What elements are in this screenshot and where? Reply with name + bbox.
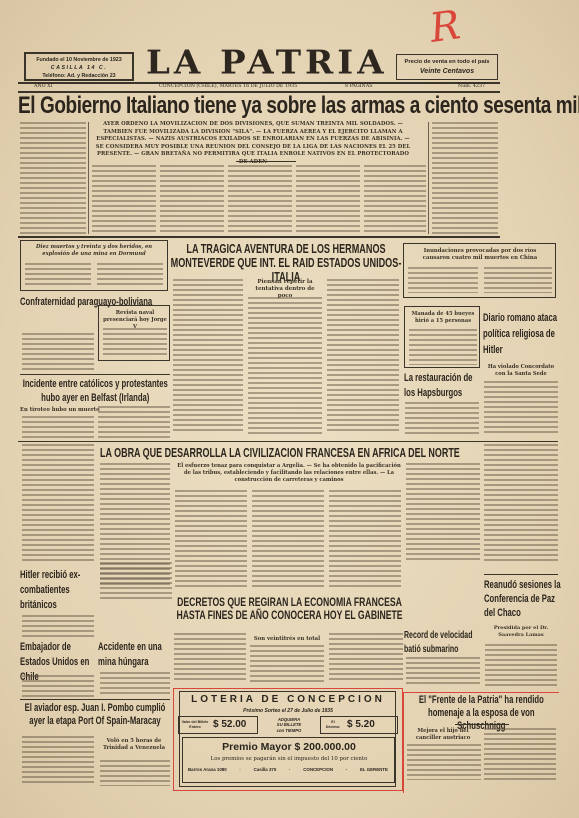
hapsburgos-headline: La restauración de los Hapsburgos	[404, 371, 482, 401]
chaco-headline-text: Reanudó sesiones la Conferencia de Paz d…	[484, 579, 561, 619]
casilla-line: CASILLA 14 C.	[26, 64, 132, 72]
hitler-headline: Hitler recibió ex-combatientes británico…	[20, 568, 97, 613]
lead-deck: AYER ORDENO LA MOVILIZACION DE DOS DIVIS…	[93, 121, 413, 166]
argelia-text	[100, 562, 172, 600]
jorge-text	[103, 328, 167, 358]
africa-headline: LA OBRA QUE DESARROLLA LA CIVILIZACION F…	[100, 446, 460, 459]
column-rule	[428, 122, 429, 234]
masthead-title: LA PATRIA	[146, 44, 388, 82]
column-rule	[88, 122, 89, 234]
tax-note: Los premios se pagarán sin el impuesto d…	[184, 756, 394, 762]
buy-reminder: ADQUIERA SU BILLETE con TIEMPO	[262, 717, 316, 733]
decretos-col2	[250, 645, 324, 683]
submarino-headline-text: Record de velocidad batió submarino	[404, 630, 472, 655]
section-rule	[18, 441, 558, 442]
price-box: Precio de venta en todo el país Veinte C…	[396, 54, 498, 80]
section-rule	[18, 236, 500, 238]
africa-col3	[329, 490, 401, 588]
belfast-headline-text: Incidente entre católicos y protestantes…	[23, 378, 168, 404]
sao-paulo-headline: Manada de 45 bueyes hirió a 15 personas	[408, 311, 478, 325]
lottery-ad: LOTERIA DE CONCEPCION Próximo Sorteo el …	[173, 688, 403, 791]
decretos-col1	[174, 633, 246, 683]
ticket-price-box: Valor del Billete Entero $ 52.00	[178, 716, 258, 734]
belfast-col2	[98, 406, 170, 438]
frente-subhead: Mejora el hijo del canciller austriaco	[405, 728, 481, 742]
belfast-subhead: En tiroteo hubo un muerto	[20, 407, 100, 413]
chaco-text	[485, 644, 557, 686]
decretos-col3	[329, 633, 403, 683]
lottery-footer: Barros Arana 1080 · Casilla 370 · CONCEP…	[188, 767, 388, 772]
tenth-price-box: El Décimo: $ 5.20	[320, 716, 398, 734]
frente-text-right	[484, 728, 556, 780]
decretos-headline: DECRETOS QUE REGIRAN LA ECONOMIA FRANCES…	[172, 596, 406, 622]
africa-col4	[406, 463, 480, 563]
jorge-box: Revista naval presenciará hoy Jorge V	[98, 305, 170, 361]
embajador-text	[22, 675, 94, 699]
lead-column-right	[432, 122, 498, 234]
frente-text-left	[407, 744, 481, 780]
tenth-label-line2: Décimo:	[322, 725, 344, 730]
frente-rule	[455, 724, 509, 725]
monteverde-col2	[248, 297, 322, 434]
chaco-headline: Reanudó sesiones la Conferencia de Paz d…	[484, 578, 561, 620]
founded-line: Fundado el 10 Noviembre de 1923	[26, 56, 132, 64]
monteverde-headline: LA TRAGICA AVENTURA DE LOS HERMANOS MONT…	[170, 242, 402, 284]
pages-label: 8 PAGINAS	[345, 84, 373, 89]
africa-col2	[252, 490, 324, 588]
footer-city: CONCEPCION	[303, 767, 333, 772]
price-value: Veinte Centavos	[397, 67, 497, 76]
dateline: CONCEPCION (CHILE), MARTES 16 DE JULIO D…	[159, 84, 297, 89]
footer-address: Barros Arana 1080	[188, 767, 227, 772]
mina-text	[100, 672, 170, 694]
diario-romano-headline-text: Diario romano ataca política religiosa d…	[483, 312, 557, 356]
hapsburgos-headline-text: La restauración de los Hapsburgos	[404, 372, 472, 399]
china-text-right	[484, 267, 552, 293]
diario-romano-text	[484, 381, 558, 436]
paris-text	[22, 444, 94, 564]
price-label: Precio de venta en todo el país	[397, 58, 497, 67]
lead-column-2	[92, 165, 156, 233]
newspaper-page: R Fundado el 10 Noviembre de 1923 CASILL…	[0, 0, 579, 818]
section-rule	[20, 374, 170, 375]
ticket-label-line2: Entero	[180, 725, 210, 730]
footer-separator: -	[346, 767, 347, 772]
founded-box: Fundado el 10 Noviembre de 1923 CASILLA …	[24, 52, 134, 81]
pombo-headline: El aviador esp. Juan I. Pombo cumplió ay…	[18, 702, 172, 728]
pombo-text-2	[100, 760, 170, 786]
monteverde-col3	[327, 279, 399, 434]
submarino-headline: Record de velocidad batió submarino	[404, 629, 480, 657]
diario-romano-subhead: Ha violado Concordato con la Santa Sede	[484, 364, 558, 378]
china-headline: Inundaciones provocadas por dos ríos cau…	[412, 248, 548, 262]
mina-headline-text: Accidente en una mina húngara	[98, 641, 162, 668]
prize: Premio Mayor $ 200.000.00	[184, 741, 394, 753]
issue-number: Núm. 4237	[458, 84, 485, 89]
section-rule	[484, 574, 558, 575]
dateline-bar: AÑO XI CONCEPCION (CHILE), MARTES 16 DE …	[18, 83, 500, 91]
belfast-headline: Incidente entre católicos y protestantes…	[20, 377, 171, 405]
diario-romano-headline: Diario romano ataca política religiosa d…	[483, 310, 574, 358]
lead-column-6	[364, 165, 426, 233]
tenth-label: El Décimo:	[322, 720, 344, 730]
deck-rule	[236, 161, 296, 162]
china-box: Inundaciones provocadas por dos ríos cau…	[403, 243, 556, 298]
right-col-upper	[484, 444, 558, 562]
phone-line: Teléfono: Ad. y Redacción 23	[26, 72, 132, 80]
lottery-title: LOTERIA DE CONCEPCION	[182, 694, 394, 705]
handwritten-annotation: R	[427, 2, 463, 52]
africa-col1	[175, 490, 247, 588]
dormund-text-left	[25, 263, 91, 287]
decretos-subhead: Son veintitrés en total	[250, 636, 324, 642]
footer-manager: EL GERENTE	[360, 767, 388, 772]
footer-casilla: Casilla 370	[254, 767, 277, 772]
hitler-headline-text: Hitler recibió ex-combatientes británico…	[20, 569, 80, 611]
ticket-label: Valor del Billete Entero	[180, 720, 210, 730]
monteverde-col1	[173, 279, 243, 434]
lead-column-3	[160, 165, 224, 233]
china-text-left	[408, 267, 478, 293]
buy-line3: con TIEMPO	[262, 728, 316, 733]
lead-column-5	[296, 165, 360, 233]
pombo-subhead: Voló en 5 horas de Trinidad a Venezuela	[98, 738, 170, 752]
monteverde-headline-text: LA TRAGICA AVENTURA DE LOS HERMANOS MONT…	[171, 242, 402, 284]
lead-headline: El Gobierno Italiano tiene ya sobre las …	[18, 94, 579, 118]
section-rule	[20, 699, 170, 700]
decretos-headline-text: DECRETOS QUE REGIRAN LA ECONOMIA FRANCES…	[173, 596, 407, 622]
lead-column-4	[228, 165, 292, 233]
chaco-subhead: Presidida por el Dr. Saavedra Lamas	[484, 625, 558, 639]
dormund-box: Diez muertos y treinta y dos heridos, en…	[20, 240, 168, 291]
pombo-text	[22, 736, 94, 786]
hapsburgos-text	[405, 402, 479, 436]
ticket-price: $ 52.00	[213, 719, 246, 730]
paraguay-text	[22, 333, 94, 373]
frente-headline-text: El "Frente de la Patria" ha rendido home…	[419, 694, 544, 732]
submarino-text	[406, 657, 480, 687]
sao-paulo-text	[409, 329, 477, 365]
sao-paulo-box: Manada de 45 bueyes hirió a 15 personas	[404, 306, 480, 368]
footer-separator: ·	[239, 767, 240, 772]
pombo-headline-text: El aviador esp. Juan I. Pombo cumplió ay…	[25, 702, 166, 727]
belfast-col1	[22, 416, 94, 438]
dormund-headline: Diez muertos y treinta y dos heridos, en…	[27, 244, 161, 258]
year-label: AÑO XI	[34, 84, 52, 89]
lottery-next-draw: Próximo Sorteo el 27 de Julio de 1935	[182, 708, 394, 714]
africa-subhead: El esfuerzo tenaz para conquistar a Arge…	[174, 463, 404, 484]
hitler-text	[22, 615, 94, 637]
dormund-text-right	[97, 263, 163, 287]
mina-headline: Accidente en una mina húngara	[98, 640, 174, 670]
tenth-price: $ 5.20	[347, 719, 375, 730]
footer-separator: ·	[289, 767, 290, 772]
lead-column-left	[20, 122, 86, 234]
